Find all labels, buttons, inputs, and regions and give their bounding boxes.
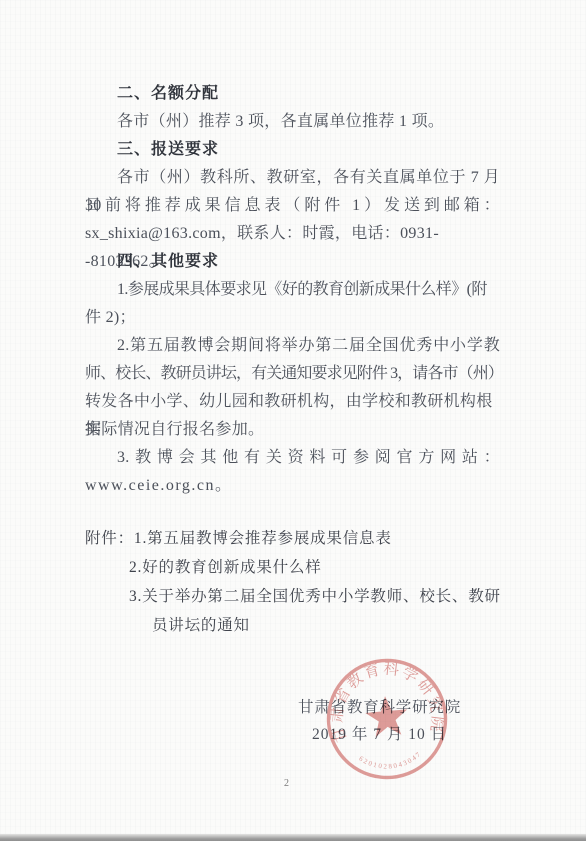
attachment-item-2: 2.好的教育创新成果什么样 xyxy=(85,553,515,582)
section-heading-4: 四、其他要求 xyxy=(85,248,500,276)
body-line: 转发各中小学、幼儿园和教研机构，由学校和教研机构根据 xyxy=(85,388,500,416)
attachment-item: 附件：1.第五届教博会推荐参展成果信息表 xyxy=(85,524,515,553)
scanned-document-page: 二、名额分配 各市（州）推荐 3 项，各直属单位推荐 1 项。 三、报送要求 各… xyxy=(0,0,586,841)
body-line: 各市（州）教科所、教研室，各有关直属单位于 7 月 30 xyxy=(85,164,500,192)
attachment-item-3: 3.关于举办第二届全国优秀中小学教师、校长、教研 xyxy=(85,582,515,611)
document-body: 二、名额分配 各市（州）推荐 3 项，各直属单位推荐 1 项。 三、报送要求 各… xyxy=(85,80,500,500)
body-line: 实际情况自行报名参加。 xyxy=(85,416,500,444)
attachment-item-3-cont: 员讲坛的通知 xyxy=(85,611,515,640)
section-heading-3: 三、报送要求 xyxy=(85,136,500,164)
body-line: 日前将推荐成果信息表（附件 1）发送到邮箱： xyxy=(85,192,500,220)
attachment-item-1: 1.第五届教博会推荐参展成果信息表 xyxy=(134,530,392,547)
body-line: 各市（州）推荐 3 项，各直属单位推荐 1 项。 xyxy=(85,108,500,136)
body-line: 件 2)； xyxy=(85,304,500,332)
attachments-list: 附件：1.第五届教博会推荐参展成果信息表 2.好的教育创新成果什么样 3.关于举… xyxy=(85,524,515,640)
seal-code-text: 6201028043047 xyxy=(357,749,425,773)
signature-organization: 甘肃省教育科学研究院 xyxy=(298,695,461,717)
official-seal: 甘肃省教育科学研究院 6201028043047 xyxy=(317,649,457,789)
section-heading-2: 二、名额分配 xyxy=(85,80,500,108)
attachments-label: 附件： xyxy=(85,530,134,547)
body-line: 师、校长、教研员讲坛，有关通知要求见附件 3，请各市（州） xyxy=(85,360,500,388)
page-number: 2 xyxy=(284,778,289,789)
scan-bottom-shadow xyxy=(0,834,586,841)
signature-date: 2019 年 7 月 10 日 xyxy=(312,722,447,744)
body-line: 1.参展成果具体要求见《好的教育创新成果什么样》(附 xyxy=(85,276,500,304)
seal-ring xyxy=(324,656,451,783)
body-line: 3.教博会其他有关资料可参阅官方网站： xyxy=(85,444,500,472)
body-line: 2.第五届教博会期间将举办第二届全国优秀中小学教 xyxy=(85,332,500,360)
body-line-contact: sx_shixia@163.com，联系人：时霞，电话：0931--810336… xyxy=(85,220,500,248)
body-line-website: www.ceie.org.cn。 xyxy=(85,472,500,500)
